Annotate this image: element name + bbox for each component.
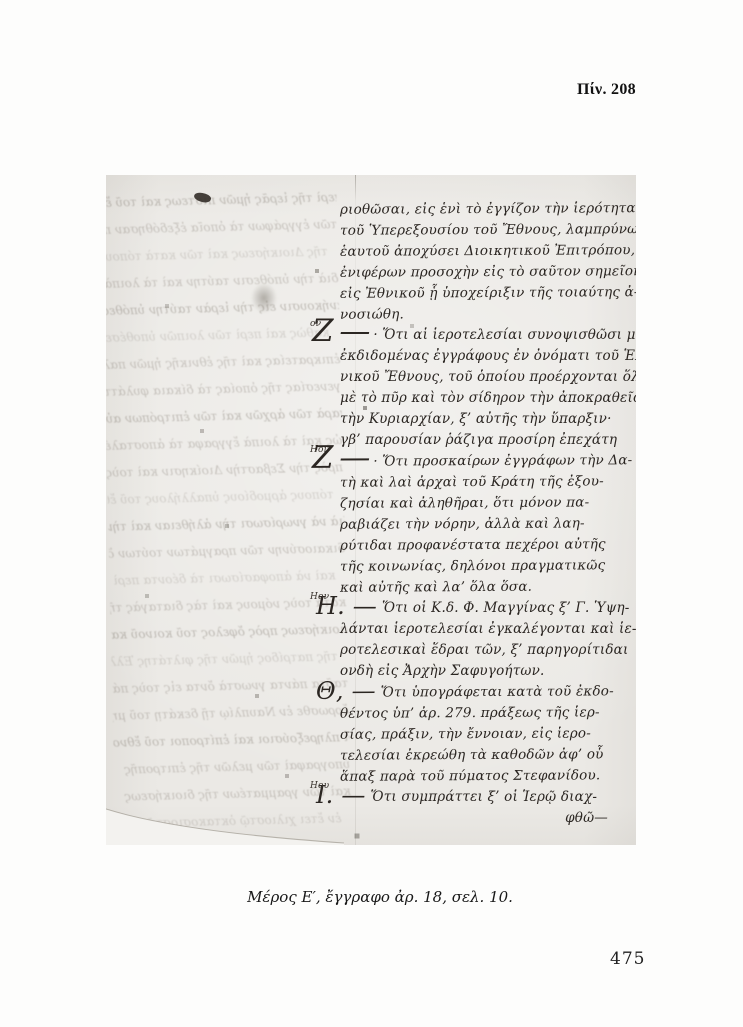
- plate-caption: Μέρος Ε′, ἔγγραφο ἀρ. 18, σελ. 10.: [110, 888, 650, 906]
- manuscript-line: τοῦ Ὑπερεξουσίου τοῦ Ἔθνους, λαμπρύνων: [340, 219, 636, 242]
- manuscript-line: τελεσίαι ἐκρεώθη τὰ καθοδῶν ἀφ’ οὗ: [340, 744, 636, 767]
- manuscript-line: καὶ αὐτῆς καὶ λα’ ὅλα ὅσα.: [340, 576, 636, 599]
- manuscript-line: τὴ καὶ λαὶ ἀρχαὶ τοῦ Κράτη τῆς ἐξου-: [340, 471, 636, 494]
- manuscript-line: Η. —Ὅτι οἱ Κ.δ. Φ. Μαγγίνας ξ’ Γ. Ὑψη-: [340, 598, 636, 619]
- book-page: Πίν. 208 περὶ τῆς ἱερᾶς ἡμῶν πίστεως καὶ…: [0, 0, 743, 1027]
- manuscript-line: γβ’ παρουσίαν ῥάζιγα προσίρη ἐπεχάτη: [340, 430, 636, 451]
- manuscript-line: ζησίαι καὶ ἀληθῆραι, ὅτι μόνον πα-: [340, 492, 636, 515]
- page-number: 475: [610, 949, 645, 969]
- manuscript-line: Ι. —Ὅτι συμπράττει ξ’ οἱ Ἱερῷ διαχ-: [340, 787, 636, 808]
- manuscript-line: Ζ —· Ὅτι αἱ ἱεροτελεσίαι συνοψισθῶσι μὲ …: [340, 325, 636, 346]
- ink-smudge: [246, 277, 282, 319]
- manuscript-line: ριοθῶσαι, εἰς ἑνὶ τὸ ἐγγίζον τὴν ἱερότητ…: [340, 198, 636, 221]
- paper-specks: [106, 175, 108, 177]
- manuscript-line: ροτελεσικαὶ ἕδραι τῶν, ξ’ παρηγορίτιδαι: [340, 640, 636, 661]
- torn-corner: [106, 803, 344, 845]
- marginal-annotation: Ηον: [310, 587, 329, 608]
- manuscript-paragraph: ΗουΙ. —Ὅτι συμπράττει ξ’ οἱ Ἱερῷ διαχ-φθ…: [340, 787, 636, 829]
- manuscript-line: θέντος ὑπ’ ἀρ. 279. πράξεως τῆς ἱερ-: [340, 702, 636, 725]
- manuscript-line: ρύτιδαι προφανέστατα πεχέροι αὐτῆς: [340, 534, 636, 557]
- manuscript-line: ἐνιφέρων προσοχὴν εἰς τὸ σαῦτον σημεῖον: [340, 261, 636, 284]
- bleed-through-ghost-text: περὶ τῆς ἱερᾶς ἡμῶν πίστεως καὶ τοῦ ἔθνο…: [106, 184, 352, 840]
- manuscript-line: τῆς κοινωνίας, δηλόνοι πραγματικῶς: [340, 555, 636, 578]
- manuscript-line: φθῶ—: [340, 808, 636, 829]
- manuscript-line: ἅπαξ παρὰ τοῦ πύματος Στεφανίδου.: [340, 765, 636, 788]
- manuscript-line: ἑαυτοῦ ἀποχύσει Διοικητικοῦ Ἐπιτρόπου,: [340, 240, 636, 263]
- manuscript-line: ονδὴ εἰς Ἀρχὴν Σαφυγοήτων.: [340, 661, 636, 682]
- manuscript-line: νικοῦ Ἔθνους, τοῦ ὁποίου προέρχονται ὅλο…: [340, 367, 636, 388]
- manuscript-paragraph: Θ, —Ὅτι ὑπογράφεται κατὰ τοῦ ἐκδο-θέντος…: [340, 682, 636, 787]
- manuscript-line: ραβιάζει τὴν νόρην, ἀλλὰ καὶ λαη-: [340, 513, 636, 536]
- marginal-annotation: Ηου: [310, 776, 329, 797]
- manuscript-text-column: ριοθῶσαι, εἰς ἑνὶ τὸ ἐγγίζον τὴν ἱερότητ…: [340, 199, 636, 829]
- manuscript-line: ἐκδιδομένας ἐγγράφους ἐν ὀνόματι τοῦ Ἑλλ…: [340, 346, 636, 367]
- manuscript-line: τὴν Κυριαρχίαν, ξ’ αὐτῆς τὴν ὕπαρξιν·: [340, 409, 636, 430]
- manuscript-paragraph: ΗονΗ. —Ὅτι οἱ Κ.δ. Φ. Μαγγίνας ξ’ Γ. Ὑψη…: [340, 598, 636, 682]
- manuscript-paragraph: ΗονΖ —· Ὅτι προσκαίρων ἐγγράφων τὴν Δα-τ…: [340, 451, 636, 598]
- manuscript-line: Ζ —· Ὅτι προσκαίρων ἐγγράφων τὴν Δα-: [340, 450, 636, 473]
- manuscript-line: Θ, —Ὅτι ὑπογράφεται κατὰ τοῦ ἐκδο-: [340, 681, 636, 704]
- manuscript-line: εἰς Ἐθνικοῦ ᾗ ὑποχείριξιν τῆς τοιαύτης ἀ…: [340, 282, 636, 305]
- manuscript-line: νοσιώθη.: [340, 303, 636, 326]
- manuscript-photo: περὶ τῆς ἱερᾶς ἡμῶν πίστεως καὶ τοῦ ἔθνο…: [106, 175, 636, 845]
- manuscript-paragraph: ονΖ —· Ὅτι αἱ ἱεροτελεσίαι συνοψισθῶσι μ…: [340, 325, 636, 451]
- manuscript-line: μὲ τὸ πῦρ καὶ τὸν σίδηρον τὴν ἀποκραθεῖσ…: [340, 388, 636, 409]
- manuscript-line: σίας, πράξιν, τὴν ἔννοιαν, εἰς ἱερο-: [340, 723, 636, 746]
- manuscript-paragraph: ριοθῶσαι, εἰς ἑνὶ τὸ ἐγγίζον τὴν ἱερότητ…: [340, 199, 636, 325]
- manuscript-line: λάνται ἱεροτελεσίαι ἐγκαλέγονται καὶ ἱε-: [340, 619, 636, 640]
- plate-number-label: Πίν. 208: [577, 81, 636, 99]
- marginal-annotation: ον: [310, 314, 321, 335]
